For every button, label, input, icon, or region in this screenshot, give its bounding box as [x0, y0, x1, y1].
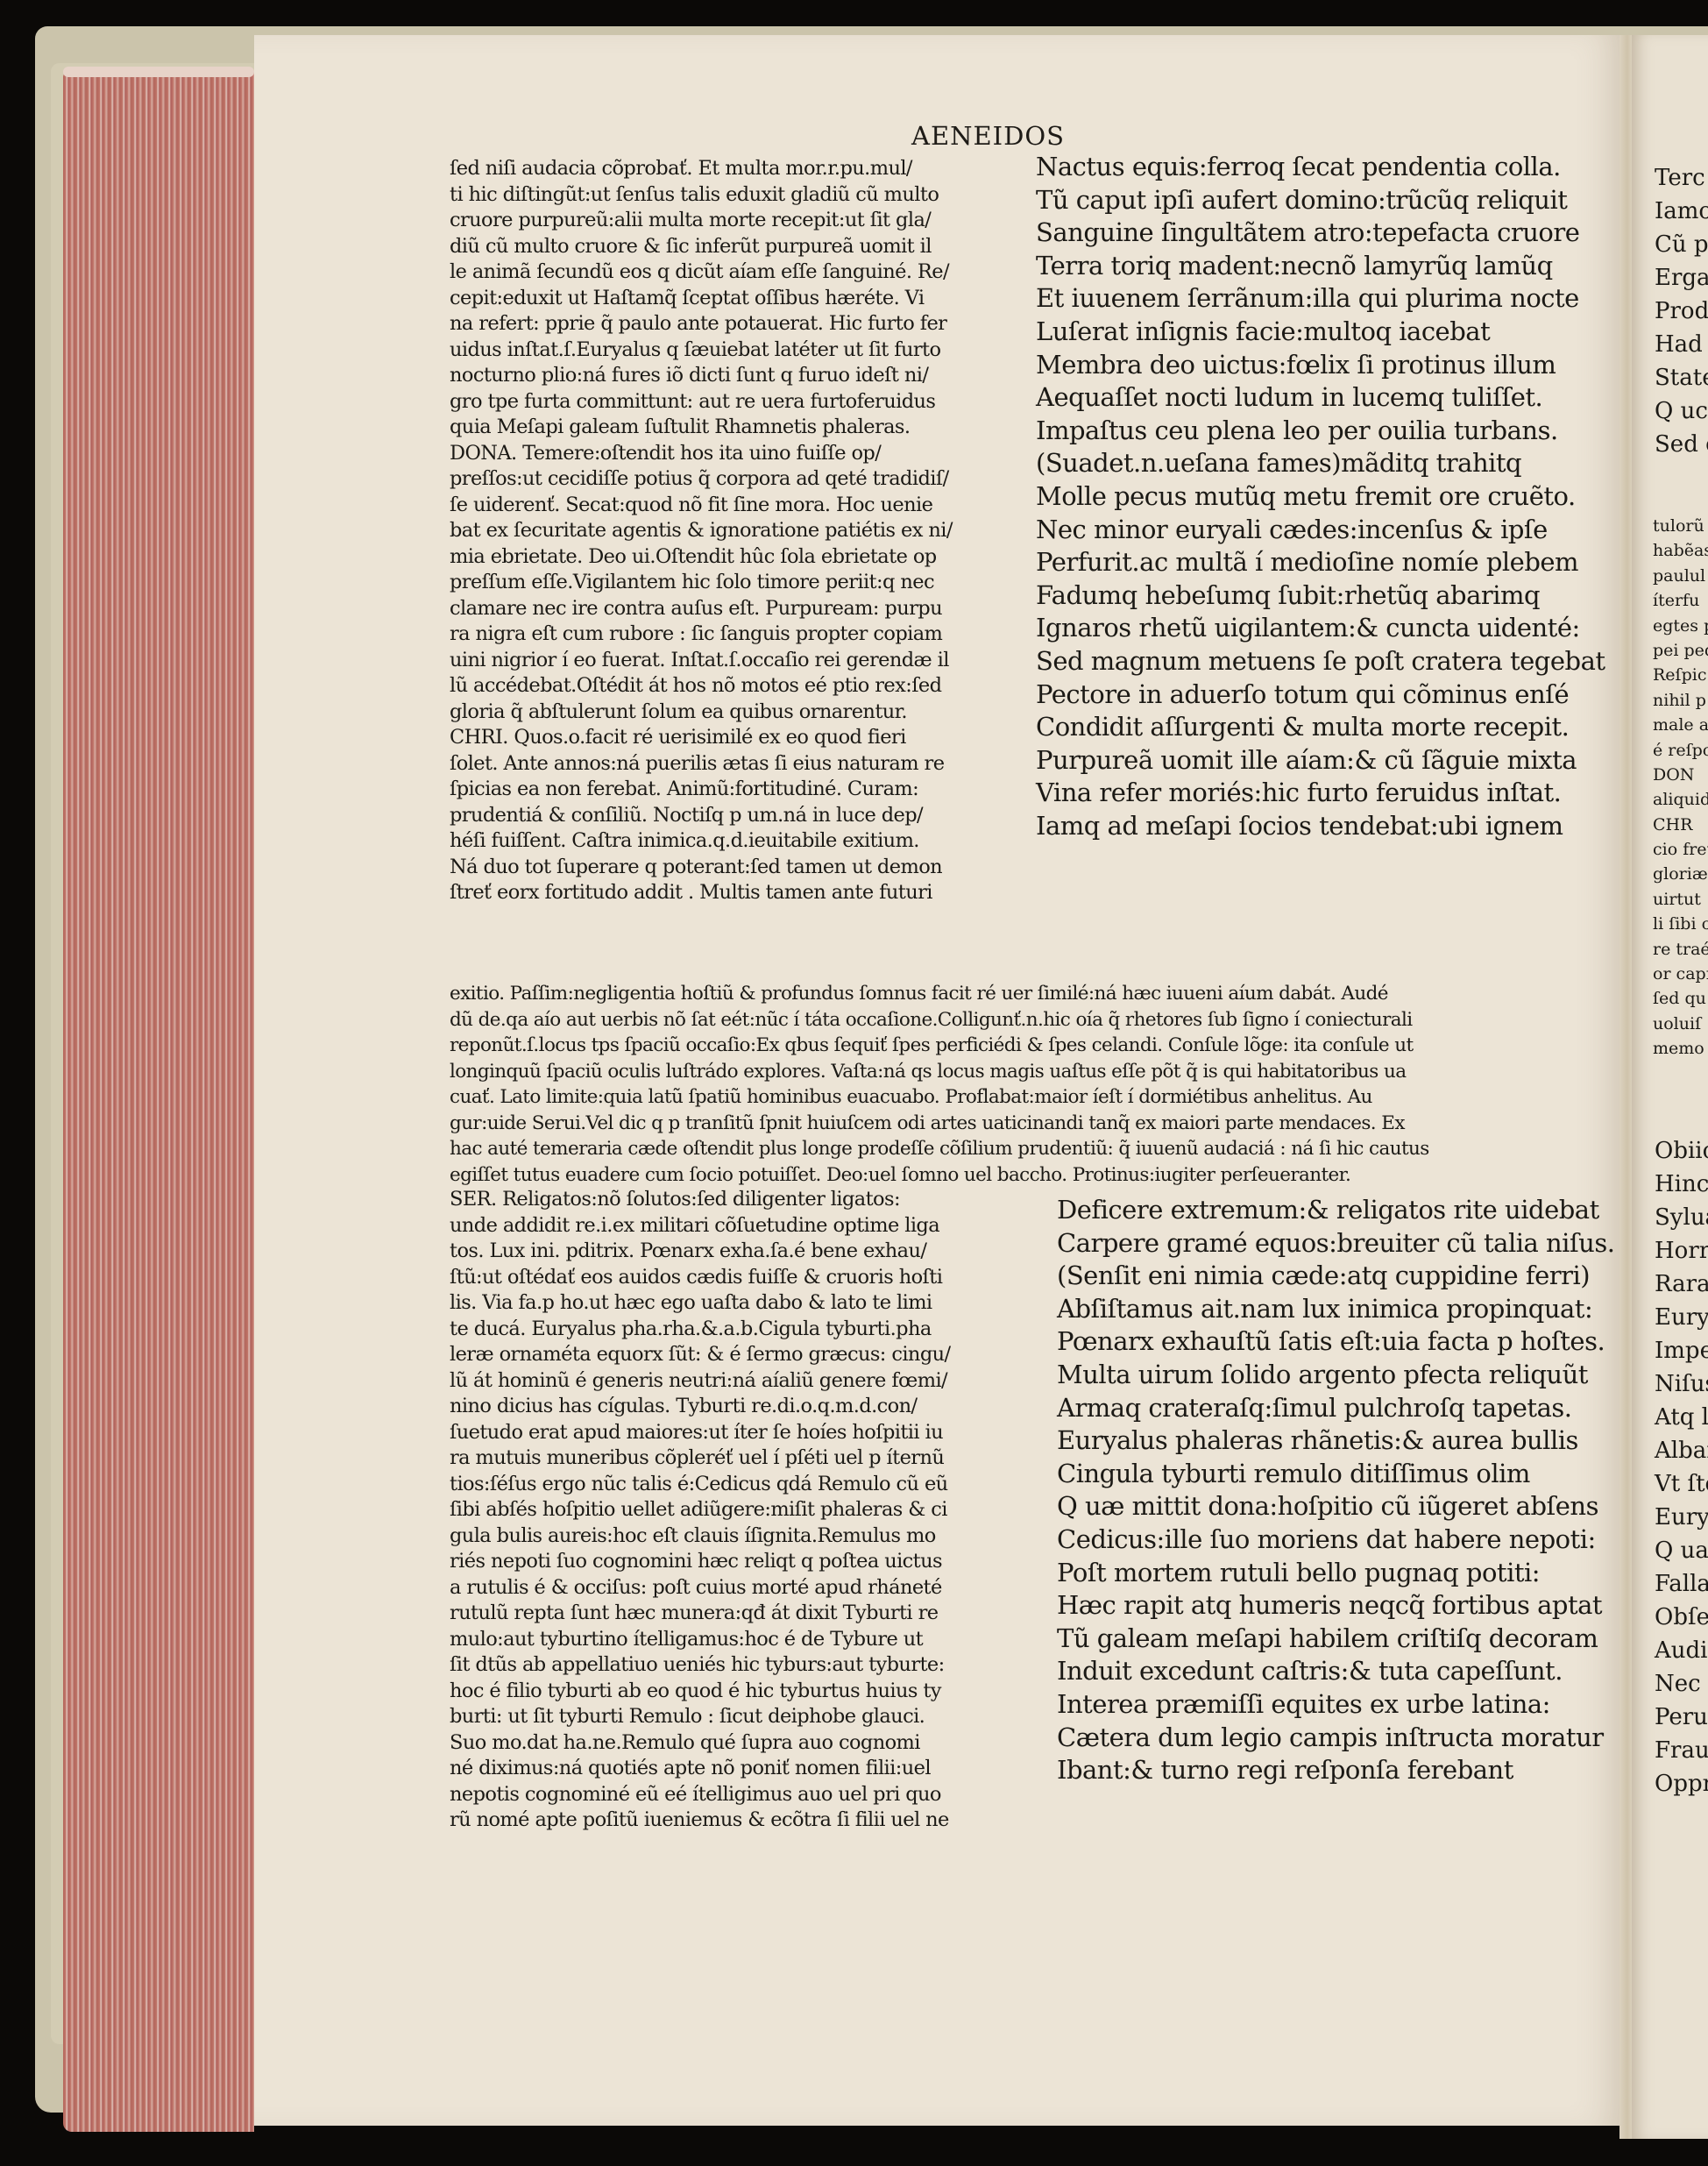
- commentary-line: mia ebrietate. Deo ui.Oſtendit hûc ſola …: [450, 544, 953, 571]
- facing-verse-line: State: [1655, 361, 1708, 394]
- verse-line: Nactus equis:ferroq ſecat pendentia coll…: [1036, 151, 1605, 184]
- facing-verse-line: Rara: [1655, 1268, 1708, 1301]
- facing-verse-line: Hinc a: [1655, 1168, 1708, 1201]
- facing-verse-line: Obſeri: [1655, 1601, 1708, 1634]
- verse-line: Induit excedunt caſtris:& tuta capeſſunt…: [1057, 1655, 1614, 1688]
- verse-line: Iamq ad meſapi ſocios tendebat:ubi ignem: [1036, 810, 1605, 843]
- facing-commentary-line: uoluiſ: [1653, 1012, 1708, 1036]
- facing-verse-top: TercIamoCũ pErgaProdHadStateQ ucSed c: [1655, 161, 1708, 461]
- commentary-line: ti hic diſtingũt:ut ſenſus talis eduxit …: [450, 182, 953, 209]
- facing-verse-line: Fraud: [1655, 1734, 1708, 1767]
- verse-line: Armaq crateraſq:ſimul pulchroſq tapetas.: [1057, 1392, 1614, 1425]
- facing-commentary-line: DON: [1653, 763, 1708, 787]
- facing-verse-line: Obiic: [1655, 1134, 1708, 1168]
- verse-line: Sanguine ſingultãtem atro:tepefacta cruo…: [1036, 217, 1605, 250]
- commentary-line: preſſos:ut cecidiſſe potius q̃ corpora a…: [450, 466, 953, 493]
- verse-line: Abſiſtamus ait.nam lux inimica propinqua…: [1057, 1293, 1614, 1326]
- verse-line: Ibant:& turno regi reſponſa ferebant: [1057, 1754, 1614, 1787]
- facing-verse-line: Horri: [1655, 1234, 1708, 1268]
- commentary-line: reponũt.ſ.locus tps ſpaciũ occaſio:Ex qb…: [450, 1033, 1429, 1059]
- facing-commentary-line: gloriæ: [1653, 862, 1708, 886]
- verse-line: Deficere extremum:& religatos rite uideb…: [1057, 1194, 1614, 1227]
- commentary-line: cruore purpureũ:alii multa morte recepit…: [450, 208, 953, 234]
- verse-line: Poſt mortem rutuli bello pugnaq potiti:: [1057, 1557, 1614, 1590]
- facing-commentary-line: aliquid: [1653, 787, 1708, 812]
- verse-line: Cingula tyburti remulo ditiſſimus olim: [1057, 1458, 1614, 1491]
- commentary-line: ſtũ:ut oſtédať eos auidos cædis fuiſſe &…: [450, 1265, 951, 1291]
- commentary-line: diũ cũ multo cruore & ſic inferũt purpur…: [450, 234, 953, 260]
- commentary-line: riés nepoti ſuo cognomini hæc reliqt q p…: [450, 1549, 951, 1575]
- facing-verse-line: Atq lo: [1655, 1401, 1708, 1434]
- commentary-line: tios:ſéſus ergo nũc talis é:Cedicus qdá …: [450, 1472, 951, 1498]
- commentary-line: ſolet. Ante annos:ná puerilis ætas ſi ei…: [450, 751, 953, 778]
- facing-verse-line: Iamo: [1655, 195, 1708, 228]
- commentary-line: tos. Lux ini. pditrix. Pœnarx exha.ſa.é …: [450, 1239, 951, 1265]
- verse-line: (Senſit eni nimia cæde:atq cuppidine fer…: [1057, 1260, 1614, 1293]
- commentary-bottom-column: SER. Religatos:nõ ſolutos:ſed diligenter…: [450, 1187, 951, 1834]
- facing-commentary-line: íterfu: [1653, 588, 1708, 613]
- commentary-line: gro tpe furta committunt: aut re uera fu…: [450, 389, 953, 415]
- commentary-line: ſpicias ea non ferebat. Animũ:fortitudin…: [450, 777, 953, 803]
- red-fore-edge: [63, 72, 254, 2132]
- commentary-line: quia Meſapi galeam ſuſtulit Rhamnetis ph…: [450, 415, 953, 441]
- facing-commentary-line: or capr: [1653, 962, 1708, 986]
- commentary-line: ſe uiderenť. Secat:quod nõ fit ſine mora…: [450, 493, 953, 519]
- verse-line: Carpere gramé equos:breuiter cũ talia ni…: [1057, 1227, 1614, 1261]
- commentary-line: exitio. Paſſim:negligentia hoſtiũ & prof…: [450, 981, 1429, 1007]
- commentary-line: lũ accédebat.Oſtédit át hos nõ motos eé …: [450, 673, 953, 700]
- verse-line: Sed magnum metuens ſe poſt cratera tegeb…: [1036, 645, 1605, 678]
- commentary-line: lis. Via fa.p ho.ut hæc ego uaſta dabo &…: [450, 1290, 951, 1317]
- commentary-line: preſſum eſſe.Vigilantem hic ſolo timore …: [450, 570, 953, 596]
- verse-line: Fadumq hebeſumq ſubit:rhetũq abarimq: [1036, 579, 1605, 613]
- commentary-line: egiſſet tutus euadere cum ſocio potuiſſe…: [450, 1162, 1429, 1189]
- verse-line: Condidit aſſurgenti & multa morte recepi…: [1036, 711, 1605, 744]
- verse-line: Tũ galeam meſapi habilem criſtiſq decora…: [1057, 1623, 1614, 1656]
- verse-line: Interea præmiſſi equites ex urbe latina:: [1057, 1688, 1614, 1722]
- verse-line: Perfurit.ac multã í medioſine nomíe pleb…: [1036, 546, 1605, 579]
- commentary-line: ſed niſi audacia cõprobať. Et multa mor.…: [450, 156, 953, 182]
- verse-line: Nec minor euryali cædes:incenſus & ipſe: [1036, 514, 1605, 547]
- facing-verse-bottom: ObiicHinc aSyluaHorriRaraEuryaImpecNiſus…: [1655, 1134, 1708, 1800]
- commentary-line: dũ de.qa aío aut uerbis nõ ſat eét:nũc í…: [450, 1007, 1429, 1033]
- commentary-line: gur:uide Serui.Vel dic q p tranſitũ ſpni…: [450, 1111, 1429, 1137]
- facing-verse-line: Nec lõ: [1655, 1667, 1708, 1701]
- commentary-line: burti: ut ſit tyburti Remulo : ſicut dei…: [450, 1704, 951, 1730]
- verse-bottom-column: Deficere extremum:& religatos rite uideb…: [1057, 1194, 1614, 1787]
- commentary-line: te ducá. Euryalus pha.rha.&.a.b.Cigula t…: [450, 1317, 951, 1343]
- facing-commentary-line: cio fret: [1653, 837, 1708, 862]
- facing-commentary-line: uirtut: [1653, 887, 1708, 912]
- facing-verse-line: Erga: [1655, 261, 1708, 295]
- facing-verse-line: Q uau: [1655, 1534, 1708, 1567]
- commentary-line: gula bulis aureis:hoc eſt clauis íſignit…: [450, 1523, 951, 1550]
- facing-commentary-line: pei ped: [1653, 638, 1708, 663]
- commentary-line: rũ nomé apte poſitũ iueniemus & ecõtra ſ…: [450, 1807, 951, 1834]
- commentary-line: unde addidit re.i.ex militari cõſuetudin…: [450, 1213, 951, 1239]
- verse-line: Membra deo uictus:fœlix ſi protinus illu…: [1036, 349, 1605, 382]
- commentary-line: ſuetudo erat apud maiores:ut íter ſe hoí…: [450, 1420, 951, 1446]
- commentary-line: a rutulis é & occiſus: poſt cuius morté …: [450, 1575, 951, 1601]
- commentary-line: prudentiá & conſiliũ. Noctiſq p um.ná in…: [450, 803, 953, 829]
- verse-line: Ignaros rhetũ uigilantem:& cuncta uident…: [1036, 612, 1605, 645]
- facing-commentary-line: egtes p: [1653, 614, 1708, 638]
- verse-line: Terra toriq madent:necnõ lamyrũq lamũq: [1036, 250, 1605, 283]
- commentary-line: gloria q̃ abſtulerunt ſolum ea quibus or…: [450, 700, 953, 726]
- facing-commentary-line: habẽas: [1653, 538, 1708, 563]
- commentary-line: le animã ſecundũ eos q dicũt aíam eſſe ſ…: [450, 259, 953, 286]
- commentary-line: nino dicius has cígulas. Tyburti re.di.o…: [450, 1394, 951, 1420]
- facing-verse-line: Sylua: [1655, 1201, 1708, 1234]
- commentary-line: ra nigra eſt cum rubore : ſic ſanguis pr…: [450, 621, 953, 648]
- commentary-line: clamare nec ire contra auſus eſt. Purpur…: [450, 596, 953, 622]
- facing-verse-line: Q uc: [1655, 394, 1708, 428]
- facing-verse-line: Peruer: [1655, 1701, 1708, 1734]
- facing-verse-line: Impec: [1655, 1334, 1708, 1367]
- facing-verse-line: Eurya: [1655, 1501, 1708, 1534]
- facing-verse-line: Prod: [1655, 295, 1708, 328]
- commentary-line: ſtreť eorx fortitudo addit . Multis tame…: [450, 880, 953, 906]
- commentary-line: longinquũ ſpaciũ oculis luſtrádo explore…: [450, 1059, 1429, 1085]
- verse-line: Q uæ mittit dona:hoſpitio cũ iũgeret abſ…: [1057, 1490, 1614, 1523]
- commentary-line: né diximus:ná quotiés apte nõ poniť nome…: [450, 1756, 951, 1782]
- commentary-line: DONA. Temere:oſtendit hos ita uino fuiſſ…: [450, 441, 953, 467]
- verse-line: Luſerat inſignis facie:multoq iacebat: [1036, 316, 1605, 349]
- commentary-line: uini nigrior í eo fuerat. Inſtat.ſ.occaſ…: [450, 648, 953, 674]
- verse-line: (Suadet.n.ueſana fames)mãditq trahitq: [1036, 447, 1605, 480]
- commentary-line: ra mutuis muneribus cõpleréť uel í pſéti…: [450, 1445, 951, 1472]
- facing-commentary-line: li ſibi c: [1653, 912, 1708, 936]
- commentary-line: bat ex ſecuritate agentis & ignoratione …: [450, 518, 953, 544]
- verse-line: Impaſtus ceu plena leo per ouilia turban…: [1036, 415, 1605, 448]
- facing-verse-line: Sed c: [1655, 428, 1708, 461]
- facing-verse-line: Alban: [1655, 1434, 1708, 1467]
- facing-verse-line: Cũ p: [1655, 228, 1708, 261]
- commentary-line: héſi fuiſſent. Caſtra inimica.q.d.ieuita…: [450, 828, 953, 855]
- facing-verse-line: Eurya: [1655, 1301, 1708, 1334]
- commentary-line: hac auté temeraria cæde oſtendit plus lo…: [450, 1136, 1429, 1162]
- verse-line: Hæc rapit atq humeris neqcq̃ fortibus ap…: [1057, 1589, 1614, 1623]
- facing-verse-line: Oppre: [1655, 1767, 1708, 1800]
- verse-line: Purpureã uomit ille aíam:& cũ ſãguie mix…: [1036, 744, 1605, 778]
- commentary-line: mulo:aut tyburtino ítelligamus:hoc é de …: [450, 1627, 951, 1653]
- facing-verse-line: Had: [1655, 328, 1708, 361]
- commentary-line: rutulũ repta ſunt hæc munera:qđ át dixit…: [450, 1601, 951, 1627]
- commentary-line: nocturno plio:ná fures iõ dicti ſunt q f…: [450, 363, 953, 389]
- facing-commentary-line: Reſpic: [1653, 663, 1708, 687]
- verse-line: Molle pecus mutũq metu fremit ore cruẽto…: [1036, 480, 1605, 514]
- commentary-line: ſit dtũs ab appellatiuo ueniés hic tybur…: [450, 1652, 951, 1679]
- facing-verse-line: Terc: [1655, 161, 1708, 195]
- facing-commentary-line: CHR: [1653, 813, 1708, 837]
- commentary-line: Ná duo tot ſuperare q poterant:ſed tamen…: [450, 855, 953, 881]
- verse-line: Tũ caput ipſi aufert domino:trũcũq reliq…: [1036, 184, 1605, 217]
- commentary-full-width: exitio. Paſſim:negligentia hoſtiũ & prof…: [450, 981, 1429, 1188]
- commentary-line: na refert: pprie q̃ paulo ante potauerat…: [450, 311, 953, 337]
- commentary-line: nepotis cognominé eũ eé ítelligimus auo …: [450, 1782, 951, 1808]
- verse-line: Aequaſſet nocti ludum in lucemq tuliſſet…: [1036, 381, 1605, 415]
- verse-line: Vina refer moriés:hic furto feruidus inſ…: [1036, 777, 1605, 810]
- verse-line: Euryalus phaleras rhãnetis:& aurea bulli…: [1057, 1424, 1614, 1458]
- facing-commentary-line: é reſpo: [1653, 738, 1708, 763]
- running-head: AENEIDOS: [911, 121, 1065, 151]
- verse-line: Multa uirum ſolido argento pfecta reliqu…: [1057, 1359, 1614, 1392]
- facing-commentary-line: nihil p: [1653, 688, 1708, 713]
- commentary-line: leræ ornaméta equorx ſũt: & é ſermo græc…: [450, 1342, 951, 1368]
- facing-commentary-line: male al: [1653, 713, 1708, 737]
- verse-line: Pectore in aduerſo totum qui cõminus enſ…: [1036, 678, 1605, 712]
- facing-verse-line: Audit: [1655, 1634, 1708, 1667]
- facing-verse-line: Niſus: [1655, 1367, 1708, 1401]
- commentary-line: ſibi abſés hoſpitio uellet adiũgere:miſi…: [450, 1497, 951, 1523]
- facing-commentary-line: ſed qu: [1653, 986, 1708, 1011]
- commentary-line: CHRI. Quos.o.facit ré uerisimilé ex eo q…: [450, 725, 953, 751]
- commentary-line: uidus inſtat.ſ.Euryalus q ſæuiebat latét…: [450, 337, 953, 364]
- commentary-line: SER. Religatos:nõ ſolutos:ſed diligenter…: [450, 1187, 951, 1213]
- verse-top-column: Nactus equis:ferroq ſecat pendentia coll…: [1036, 151, 1605, 842]
- commentary-line: lũ át hominũ é generis neutri:ná aíaliũ …: [450, 1368, 951, 1395]
- commentary-line: hoc é filio tyburti ab eo quod é hic tyb…: [450, 1679, 951, 1705]
- verse-line: Pœnarx exhauſtũ ſatis eſt:uia facta p ho…: [1057, 1325, 1614, 1359]
- facing-commentary-line: re traé: [1653, 937, 1708, 962]
- commentary-line: Suo mo.dat ha.ne.Remulo qué ſupra auo co…: [450, 1730, 951, 1757]
- verse-line: Cætera dum legio campis inſtructa moratu…: [1057, 1722, 1614, 1755]
- commentary-line: cuať. Lato limite:quia latũ ſpatiũ homin…: [450, 1084, 1429, 1111]
- verse-line: Cedicus:ille ſuo moriens dat habere nepo…: [1057, 1523, 1614, 1557]
- verse-line: Et iuuenem ſerrãnum:illa qui plurima noc…: [1036, 282, 1605, 316]
- facing-commentary: tulorũhabẽaspaululíterfuegtes ppei pedRe…: [1653, 514, 1708, 1062]
- facing-verse-line: Vt ſte: [1655, 1467, 1708, 1501]
- facing-commentary-line: paulul: [1653, 564, 1708, 588]
- facing-verse-line: Fallaci: [1655, 1567, 1708, 1601]
- facing-commentary-line: memo: [1653, 1036, 1708, 1061]
- commentary-top-column: ſed niſi audacia cõprobať. Et multa mor.…: [450, 156, 953, 906]
- commentary-line: cepit:eduxit ut Haſtamq̃ ſceptat oſſibus…: [450, 286, 953, 312]
- facing-commentary-line: tulorũ: [1653, 514, 1708, 538]
